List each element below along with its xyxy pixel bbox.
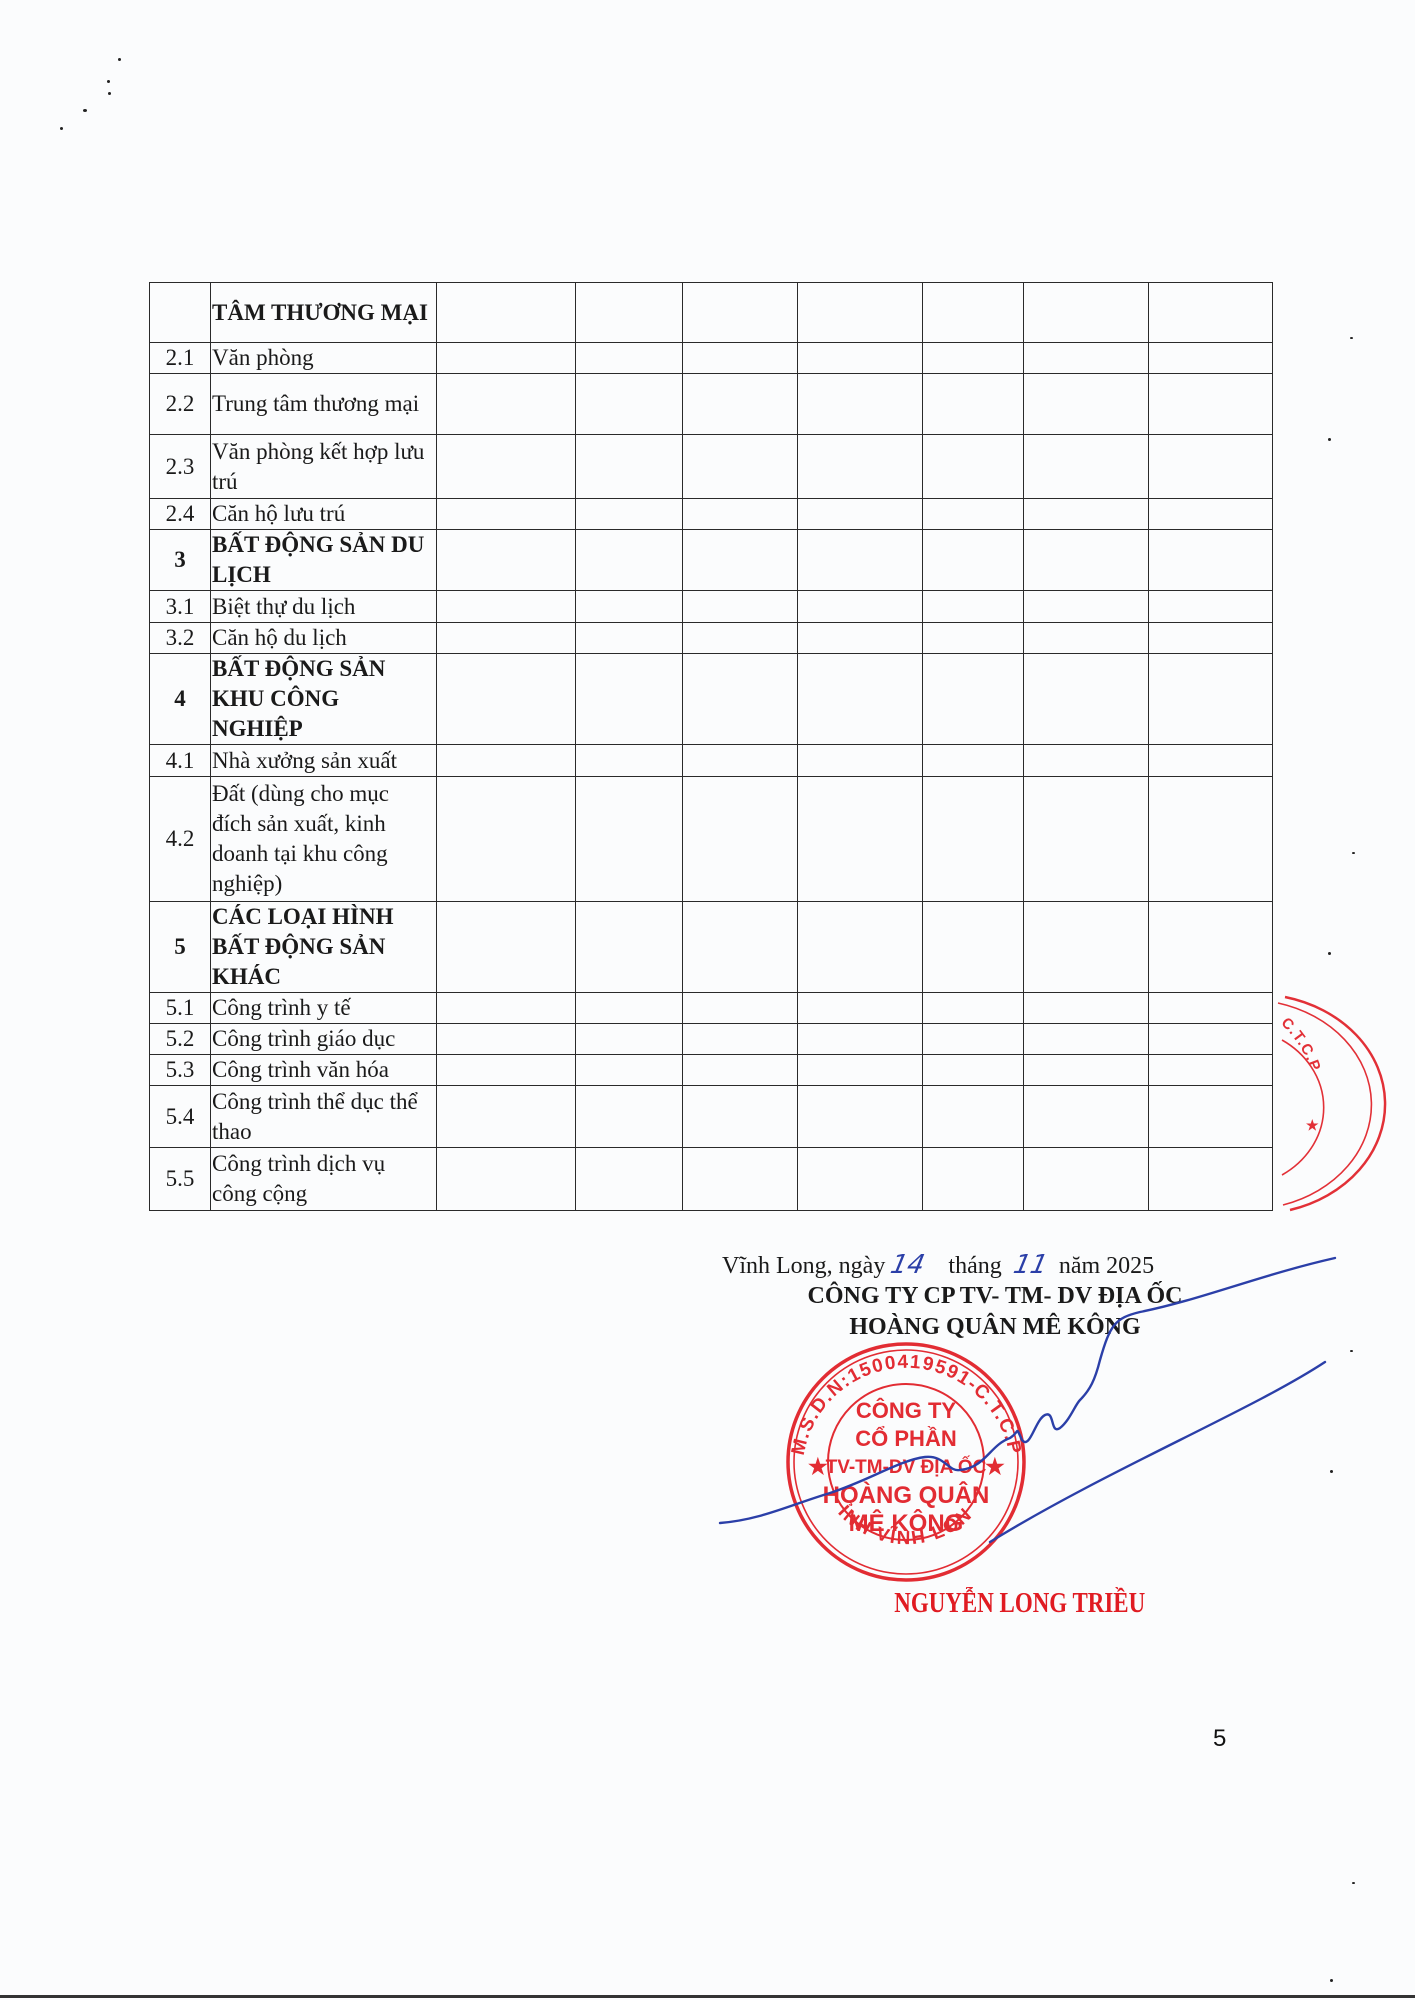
row-category-name: Căn hộ lưu trú <box>211 499 437 530</box>
empty-cell <box>576 374 683 435</box>
empty-cell <box>1149 499 1273 530</box>
empty-cell <box>1024 902 1149 993</box>
empty-cell <box>437 374 576 435</box>
row-category-name: Công trình giáo dục <box>211 1024 437 1055</box>
empty-cell <box>798 623 923 654</box>
empty-cell <box>923 745 1024 777</box>
empty-cell <box>923 1148 1024 1211</box>
empty-cell <box>798 902 923 993</box>
empty-cell <box>437 993 576 1024</box>
scan-speck <box>1350 337 1353 339</box>
row-category-name: Công trình văn hóa <box>211 1055 437 1086</box>
svg-text:C.T.C.P: C.T.C.P <box>1278 1014 1324 1074</box>
empty-cell <box>1024 654 1149 745</box>
table-row: 2.4Căn hộ lưu trú <box>150 499 1273 530</box>
empty-cell <box>1024 1086 1149 1148</box>
scan-speck <box>60 127 63 130</box>
table-row: 5.2Công trình giáo dục <box>150 1024 1273 1055</box>
empty-cell <box>1149 654 1273 745</box>
row-category-name: CÁC LOẠI HÌNH BẤT ĐỘNG SẢN KHÁC <box>211 902 437 993</box>
empty-cell <box>576 654 683 745</box>
scan-speck <box>1350 1350 1353 1352</box>
empty-cell <box>437 777 576 902</box>
real-estate-type-table: TÂM THƯƠNG MẠI2.1Văn phòng2.2Trung tâm t… <box>149 282 1273 1211</box>
date-place-label: Vĩnh Long, ngày <box>722 1253 885 1279</box>
empty-cell <box>576 435 683 499</box>
empty-cell <box>576 1024 683 1055</box>
row-number: 4.2 <box>150 777 211 902</box>
empty-cell <box>1024 530 1149 591</box>
empty-cell <box>576 902 683 993</box>
empty-cell <box>576 283 683 343</box>
row-category-name: Văn phòng <box>211 343 437 374</box>
empty-cell <box>798 1024 923 1055</box>
empty-cell <box>576 530 683 591</box>
empty-cell <box>923 530 1024 591</box>
row-category-name: Công trình y tế <box>211 993 437 1024</box>
empty-cell <box>798 499 923 530</box>
row-number: 5.1 <box>150 993 211 1024</box>
empty-cell <box>923 993 1024 1024</box>
empty-cell <box>437 902 576 993</box>
empty-cell <box>923 623 1024 654</box>
row-number: 3 <box>150 530 211 591</box>
signing-date: Vĩnh Long, ngày 14 tháng 11 năm 2025 <box>722 1250 1154 1280</box>
row-category-name: Công trình dịch vụ công cộng <box>211 1148 437 1211</box>
row-number: 5.3 <box>150 1055 211 1086</box>
svg-text:M.S.D.N:1500419591-C.T.C.P: M.S.D.N:1500419591-C.T.C.P <box>788 1352 1025 1457</box>
svg-text:CỔ PHẦN: CỔ PHẦN <box>855 1426 956 1451</box>
row-category-name: BẤT ĐỘNG SẢN DU LỊCH <box>211 530 437 591</box>
scan-speck <box>83 109 87 112</box>
empty-cell <box>798 283 923 343</box>
empty-cell <box>437 591 576 623</box>
empty-cell <box>1024 1055 1149 1086</box>
empty-cell <box>798 993 923 1024</box>
table-group-row: TÂM THƯƠNG MẠI <box>150 283 1273 343</box>
empty-cell <box>798 1055 923 1086</box>
scan-speck <box>1352 1882 1355 1884</box>
empty-cell <box>576 1086 683 1148</box>
svg-text:MÊ KÔNG: MÊ KÔNG <box>849 1509 964 1537</box>
row-category-name: Văn phòng kết hợp lưu trú <box>211 435 437 499</box>
empty-cell <box>798 777 923 902</box>
table-row: 4.2Đất (dùng cho mục đích sản xuất, kinh… <box>150 777 1273 902</box>
row-number: 3.2 <box>150 623 211 654</box>
svg-text:HOÀNG QUÂN: HOÀNG QUÂN <box>823 1481 990 1509</box>
empty-cell <box>1149 1055 1273 1086</box>
empty-cell <box>1149 435 1273 499</box>
empty-cell <box>683 902 798 993</box>
empty-cell <box>923 499 1024 530</box>
row-number: 2.2 <box>150 374 211 435</box>
row-number: 3.1 <box>150 591 211 623</box>
table-row: 5.1Công trình y tế <box>150 993 1273 1024</box>
empty-cell <box>683 1055 798 1086</box>
empty-cell <box>576 777 683 902</box>
empty-cell <box>576 993 683 1024</box>
empty-cell <box>437 1055 576 1086</box>
row-number: 4 <box>150 654 211 745</box>
month-label: tháng <box>948 1253 1001 1279</box>
table-row: 5.4Công trình thể dục thể thao <box>150 1086 1273 1148</box>
empty-cell <box>923 1086 1024 1148</box>
empty-cell <box>437 745 576 777</box>
empty-cell <box>923 1024 1024 1055</box>
empty-cell <box>1024 993 1149 1024</box>
scan-speck <box>108 92 111 95</box>
handwritten-day: 14 <box>888 1250 927 1280</box>
row-category-name: Đất (dùng cho mục đích sản xuất, kinh do… <box>211 777 437 902</box>
empty-cell <box>437 343 576 374</box>
row-category-name: BẤT ĐỘNG SẢN KHU CÔNG NGHIỆP <box>211 654 437 745</box>
empty-cell <box>798 530 923 591</box>
empty-cell <box>1149 374 1273 435</box>
empty-cell <box>1149 777 1273 902</box>
partial-seal-icon: C.T.C.P ★ <box>1278 997 1385 1210</box>
svg-text:★: ★ <box>985 1454 1005 1479</box>
empty-cell <box>1024 591 1149 623</box>
empty-cell <box>437 435 576 499</box>
svg-text:CÔNG TY: CÔNG TY <box>856 1398 957 1423</box>
empty-cell <box>683 1148 798 1211</box>
empty-cell <box>798 374 923 435</box>
empty-cell <box>683 777 798 902</box>
row-number <box>150 283 211 343</box>
row-number: 5 <box>150 902 211 993</box>
empty-cell <box>1149 530 1273 591</box>
empty-cell <box>1024 499 1149 530</box>
empty-cell <box>1149 283 1273 343</box>
empty-cell <box>923 902 1024 993</box>
scan-speck <box>118 58 121 61</box>
signer-name: NGUYỄN LONG TRIỀU <box>894 1588 1115 1620</box>
row-number: 5.4 <box>150 1086 211 1148</box>
empty-cell <box>576 1055 683 1086</box>
empty-cell <box>1024 435 1149 499</box>
row-number: 2.4 <box>150 499 211 530</box>
company-name-line2: HOÀNG QUÂN MÊ KÔNG <box>700 1314 1290 1341</box>
empty-cell <box>576 623 683 654</box>
table-row: 3.1Biệt thự du lịch <box>150 591 1273 623</box>
empty-cell <box>437 654 576 745</box>
empty-cell <box>923 777 1024 902</box>
scan-speck <box>1352 852 1355 854</box>
empty-cell <box>683 283 798 343</box>
empty-cell <box>798 654 923 745</box>
empty-cell <box>1149 623 1273 654</box>
empty-cell <box>1024 745 1149 777</box>
empty-cell <box>1149 1024 1273 1055</box>
row-category-name: Căn hộ du lịch <box>211 623 437 654</box>
empty-cell <box>798 343 923 374</box>
empty-cell <box>437 283 576 343</box>
empty-cell <box>576 1148 683 1211</box>
empty-cell <box>437 530 576 591</box>
row-number: 2.3 <box>150 435 211 499</box>
empty-cell <box>437 1148 576 1211</box>
handwritten-month: 11 <box>1011 1250 1050 1280</box>
empty-cell <box>437 623 576 654</box>
empty-cell <box>683 623 798 654</box>
empty-cell <box>683 343 798 374</box>
empty-cell <box>1024 1148 1149 1211</box>
table-row: 2.2Trung tâm thương mại <box>150 374 1273 435</box>
empty-cell <box>923 374 1024 435</box>
scan-speck <box>1328 438 1331 441</box>
empty-cell <box>1024 1024 1149 1055</box>
empty-cell <box>1149 343 1273 374</box>
empty-cell <box>1024 777 1149 902</box>
empty-cell <box>683 993 798 1024</box>
row-category-name: Nhà xưởng sản xuất <box>211 745 437 777</box>
empty-cell <box>1149 993 1273 1024</box>
empty-cell <box>923 591 1024 623</box>
empty-cell <box>683 1086 798 1148</box>
empty-cell <box>576 343 683 374</box>
empty-cell <box>1149 591 1273 623</box>
empty-cell <box>923 283 1024 343</box>
empty-cell <box>683 374 798 435</box>
scan-speck <box>1330 1470 1333 1473</box>
empty-cell <box>1149 1148 1273 1211</box>
scan-edge-line <box>0 1995 1415 1998</box>
empty-cell <box>683 499 798 530</box>
empty-cell <box>437 1086 576 1148</box>
empty-cell <box>683 654 798 745</box>
row-number: 5.5 <box>150 1148 211 1211</box>
empty-cell <box>798 1148 923 1211</box>
table-group-row: 3BẤT ĐỘNG SẢN DU LỊCH <box>150 530 1273 591</box>
svg-text:TV-TM-DV ĐỊA ỐC: TV-TM-DV ĐỊA ỐC <box>826 1456 987 1478</box>
empty-cell <box>437 1024 576 1055</box>
scan-speck <box>1328 952 1331 955</box>
table-row: 5.5Công trình dịch vụ công cộng <box>150 1148 1273 1211</box>
empty-cell <box>923 654 1024 745</box>
empty-cell <box>923 1055 1024 1086</box>
empty-cell <box>683 530 798 591</box>
empty-cell <box>798 591 923 623</box>
table-group-row: 4BẤT ĐỘNG SẢN KHU CÔNG NGHIỆP <box>150 654 1273 745</box>
empty-cell <box>1024 623 1149 654</box>
empty-cell <box>1149 745 1273 777</box>
row-category-name: Trung tâm thương mại <box>211 374 437 435</box>
empty-cell <box>798 1086 923 1148</box>
scan-speck <box>1330 1979 1333 1982</box>
empty-cell <box>798 745 923 777</box>
empty-cell <box>437 499 576 530</box>
empty-cell <box>798 435 923 499</box>
empty-cell <box>683 1024 798 1055</box>
empty-cell <box>1024 374 1149 435</box>
row-number: 2.1 <box>150 343 211 374</box>
empty-cell <box>1024 283 1149 343</box>
row-category-name: TÂM THƯƠNG MẠI <box>211 283 437 343</box>
empty-cell <box>683 591 798 623</box>
row-number: 4.1 <box>150 745 211 777</box>
empty-cell <box>683 435 798 499</box>
company-name-line1: CÔNG TY CP TV- TM- DV ĐỊA ỐC <box>700 1283 1290 1310</box>
empty-cell <box>576 499 683 530</box>
scan-speck <box>107 80 110 83</box>
empty-cell <box>1024 343 1149 374</box>
empty-cell <box>1149 902 1273 993</box>
table-row: 3.2Căn hộ du lịch <box>150 623 1273 654</box>
table-row: 2.1Văn phòng <box>150 343 1273 374</box>
empty-cell <box>683 745 798 777</box>
document-page: TÂM THƯƠNG MẠI2.1Văn phòng2.2Trung tâm t… <box>0 0 1415 2000</box>
svg-text:★: ★ <box>808 1454 828 1479</box>
empty-cell <box>576 745 683 777</box>
table-row: 5.3Công trình văn hóa <box>150 1055 1273 1086</box>
table-group-row: 5CÁC LOẠI HÌNH BẤT ĐỘNG SẢN KHÁC <box>150 902 1273 993</box>
row-number: 5.2 <box>150 1024 211 1055</box>
empty-cell <box>923 435 1024 499</box>
table-row: 4.1Nhà xưởng sản xuất <box>150 745 1273 777</box>
empty-cell <box>576 591 683 623</box>
row-category-name: Biệt thự du lịch <box>211 591 437 623</box>
svg-text:★: ★ <box>1306 1117 1319 1133</box>
year-label: năm 2025 <box>1059 1253 1154 1279</box>
empty-cell <box>1149 1086 1273 1148</box>
table-row: 2.3Văn phòng kết hợp lưu trú <box>150 435 1273 499</box>
row-category-name: Công trình thể dục thể thao <box>211 1086 437 1148</box>
page-number: 5 <box>1213 1725 1226 1753</box>
empty-cell <box>923 343 1024 374</box>
